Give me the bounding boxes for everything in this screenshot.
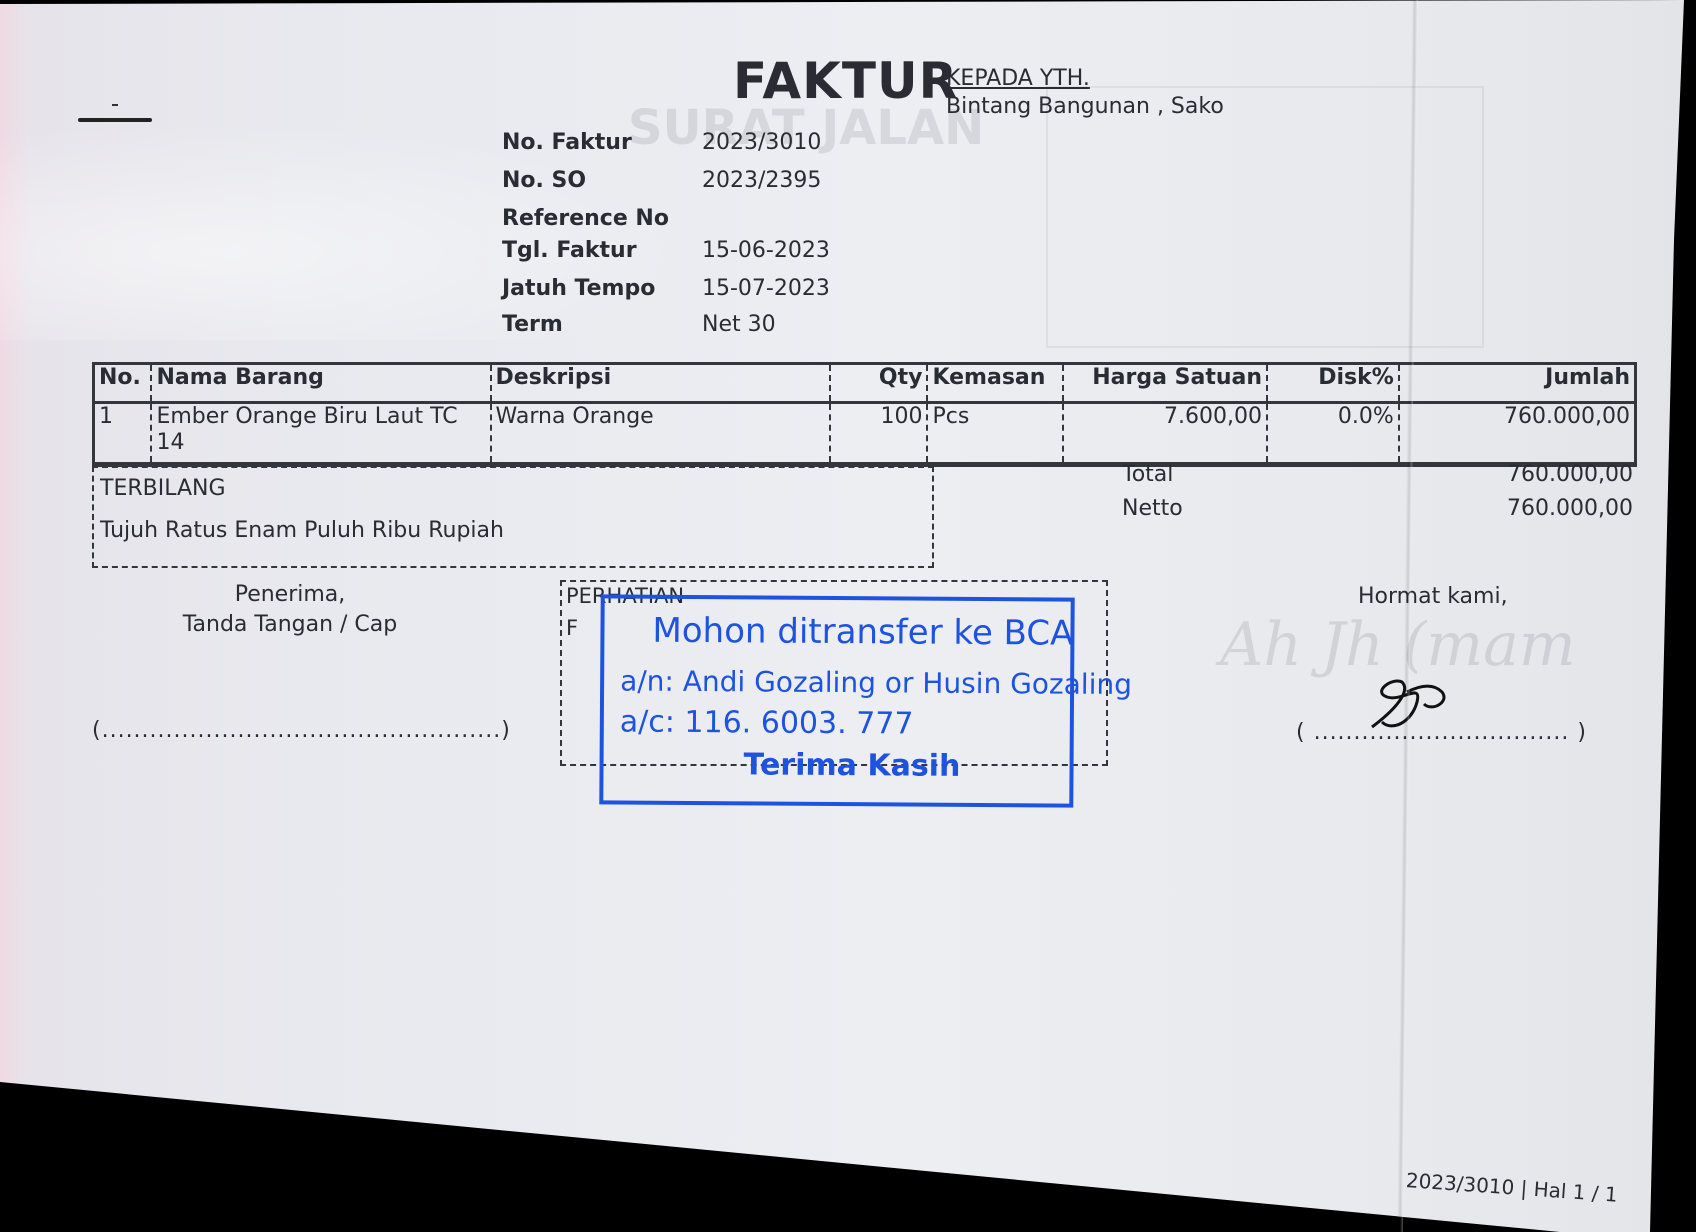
netto-value: 760.000,00 [1507, 496, 1633, 521]
stamp-line-3: a/c: 116. 6003. 777 [620, 704, 914, 741]
cell-no: 1 [94, 403, 152, 465]
ghost-box [1046, 86, 1484, 348]
col-nama-barang: Nama Barang [151, 364, 490, 403]
items-table: No. Nama Barang Deskripsi Qty Kemasan Ha… [92, 362, 1637, 467]
invoice-paper: SURAT JALAN Ah Jh (mam FAKTUR KEPADA YTH… [0, 0, 1696, 1232]
cell-qty: 100 [830, 403, 928, 465]
col-qty: Qty [830, 364, 928, 403]
cell-nama-barang: Ember Orange Biru Laut TC 14 [151, 403, 490, 465]
field-value: 15-07-2023 [702, 276, 830, 301]
cell-jumlah: 760.000,00 [1399, 403, 1636, 465]
table-row: 1 Ember Orange Biru Laut TC 14 Warna Ora… [94, 403, 1636, 465]
stamp-line-2: a/n: Andi Gozaling or Husin Gozaling [620, 664, 1132, 701]
field-label: Reference No [502, 206, 669, 231]
field-value: 2023/2395 [702, 168, 821, 193]
recipient-label: KEPADA YTH. [946, 66, 1090, 91]
cell-disk: 0.0% [1267, 403, 1399, 465]
stamp-line-1: Mohon ditransfer ke BCA [652, 611, 1073, 654]
col-kemasan: Kemasan [927, 364, 1063, 403]
ghost-signature: Ah Jh (mam [1220, 610, 1576, 680]
corner-line [78, 118, 152, 122]
terbilang-box: TERBILANG Tujuh Ratus Enam Puluh Ribu Ru… [92, 466, 934, 568]
field-label: Term [502, 312, 563, 337]
field-label: Tgl. Faktur [502, 238, 637, 263]
field-label: No. Faktur [502, 130, 632, 155]
col-jumlah: Jumlah [1399, 364, 1636, 403]
field-value: 15-06-2023 [702, 238, 830, 263]
total-label: Total [1122, 462, 1173, 487]
total-value: 760.000,00 [1507, 462, 1633, 487]
netto-label: Netto [1122, 496, 1183, 521]
col-harga-satuan: Harga Satuan [1063, 364, 1267, 403]
recipient-name: Bintang Bangunan , Sako [946, 94, 1224, 119]
field-label: Jatuh Tempo [502, 276, 655, 301]
document-title: FAKTUR [733, 52, 958, 110]
sender-signature-line: ( ................................ ) [1296, 720, 1587, 745]
receiver-label: Penerima, [140, 582, 440, 607]
corner-mark [112, 104, 118, 106]
stamp-line-4: Terima Kasih [743, 747, 960, 784]
field-label: No. SO [502, 168, 586, 193]
sender-label: Hormat kami, [1358, 584, 1508, 609]
bank-transfer-stamp: Mohon ditransfer ke BCA a/n: Andi Gozali… [599, 594, 1074, 807]
col-no: No. [94, 364, 152, 403]
cell-harga-satuan: 7.600,00 [1063, 403, 1267, 465]
terbilang-value: Tujuh Ratus Enam Puluh Ribu Rupiah [100, 518, 504, 543]
cell-kemasan: Pcs [927, 403, 1063, 465]
col-disk: Disk% [1267, 364, 1399, 403]
receiver-signature-line: (.......................................… [92, 718, 511, 743]
field-value: Net 30 [702, 312, 776, 337]
perhatian-line: F [566, 616, 578, 640]
field-value: 2023/3010 [702, 130, 821, 155]
table-header: No. Nama Barang Deskripsi Qty Kemasan Ha… [94, 364, 1636, 403]
receiver-sublabel: Tanda Tangan / Cap [140, 612, 440, 637]
terbilang-label: TERBILANG [100, 476, 226, 501]
cell-deskripsi: Warna Orange [491, 403, 830, 465]
page-footer: 2023/3010 | Hal 1 / 1 [1405, 1168, 1618, 1207]
col-deskripsi: Deskripsi [491, 364, 830, 403]
